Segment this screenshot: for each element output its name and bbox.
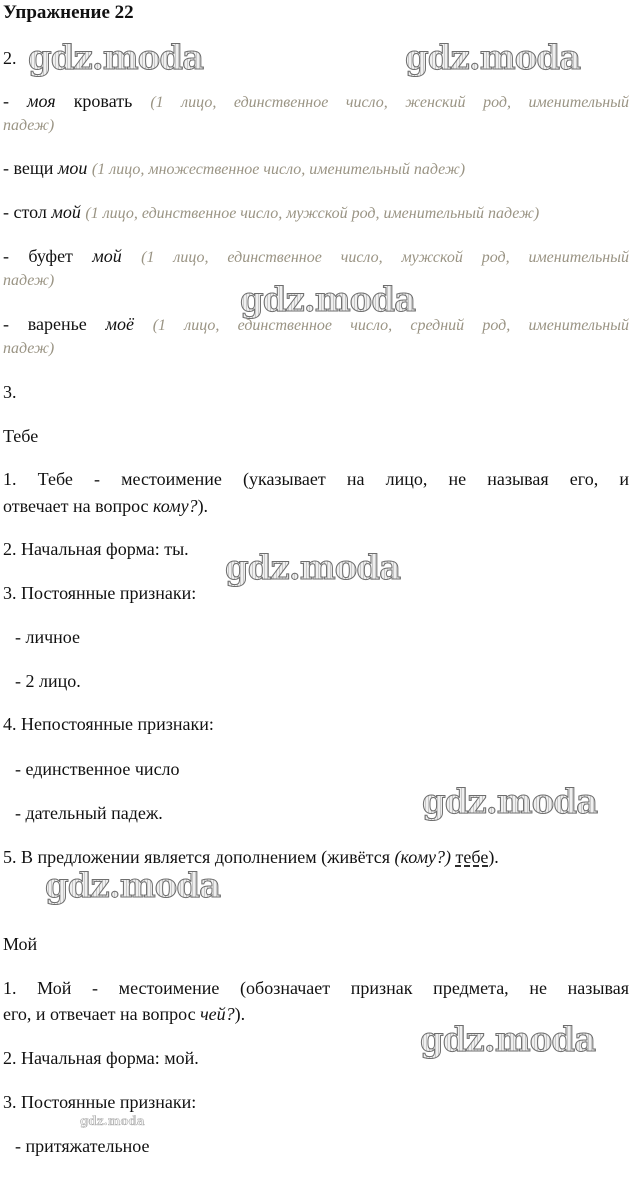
paragraph: 3. Постоянные признаки: <box>3 1091 631 1113</box>
paragraph: 1. Мой - местоимение (обозначает признак… <box>3 977 629 999</box>
list-item: - варенье моё (1 лицо, единственное числ… <box>3 313 629 337</box>
section-3-number: 3. <box>3 381 631 403</box>
list-item: - 2 лицо. <box>15 670 631 692</box>
list-item: - единственное число <box>15 758 631 780</box>
paragraph: 4. Непостоянные признаки: <box>3 713 631 735</box>
word-heading: Мой <box>3 933 631 955</box>
list-item: - личное <box>15 626 631 648</box>
word-heading: Тебе <box>3 425 631 447</box>
list-item: - стол мой (1 лицо, единственное число, … <box>3 201 631 225</box>
watermark: gdz.moda <box>80 1114 145 1128</box>
paragraph: 2. Начальная форма: мой. <box>3 1047 631 1069</box>
list-item: - буфет мой (1 лицо, единственное число,… <box>3 245 629 269</box>
list-item: - притяжательное <box>15 1135 631 1157</box>
paragraph: отвечает на вопрос кому?). <box>3 495 631 517</box>
watermark: gdz.moda <box>45 866 220 906</box>
list-item-note-cont: падеж) <box>3 338 631 360</box>
watermark: gdz.moda <box>422 782 597 822</box>
list-item: - моя кровать (1 лицо, единственное числ… <box>3 90 629 114</box>
exercise-title: Упражнение 22 <box>3 2 631 24</box>
list-item-note-cont: падеж) <box>3 115 631 137</box>
paragraph: 3. Постоянные признаки: <box>3 582 631 604</box>
paragraph: 5. В предложении является дополнением (ж… <box>3 846 631 868</box>
paragraph: 1. Тебе - местоимение (указывает на лицо… <box>3 468 629 490</box>
watermark: gdz.moda <box>28 38 203 78</box>
list-item: - вещи мои (1 лицо, множественное число,… <box>3 157 631 181</box>
watermark: gdz.moda <box>405 38 580 78</box>
